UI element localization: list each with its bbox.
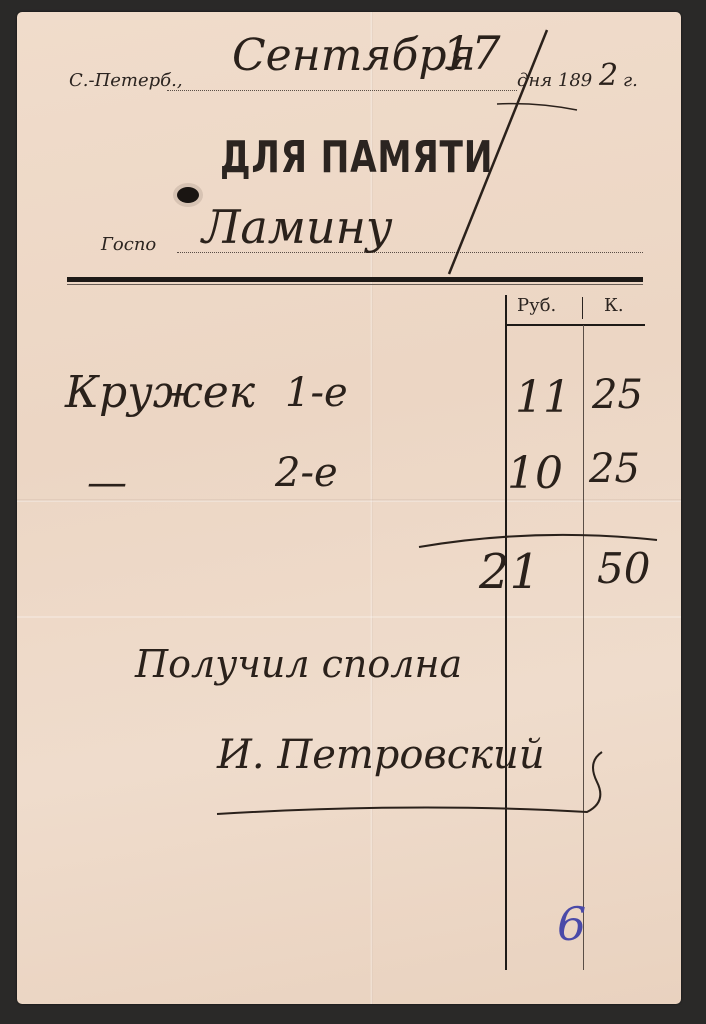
total-kopecks: 50 [597, 544, 650, 593]
total-rubles: 21 [479, 544, 540, 600]
receipt-note: Получил сполна [135, 642, 462, 686]
signature: И. Петровский [217, 732, 545, 778]
archive-number-mark: 6 [557, 897, 586, 951]
total-underline-stroke [17, 12, 681, 1004]
receipt-paper: С.-Петерб., Сентября 17 дня 189 2 г. ДЛЯ… [17, 12, 681, 1004]
